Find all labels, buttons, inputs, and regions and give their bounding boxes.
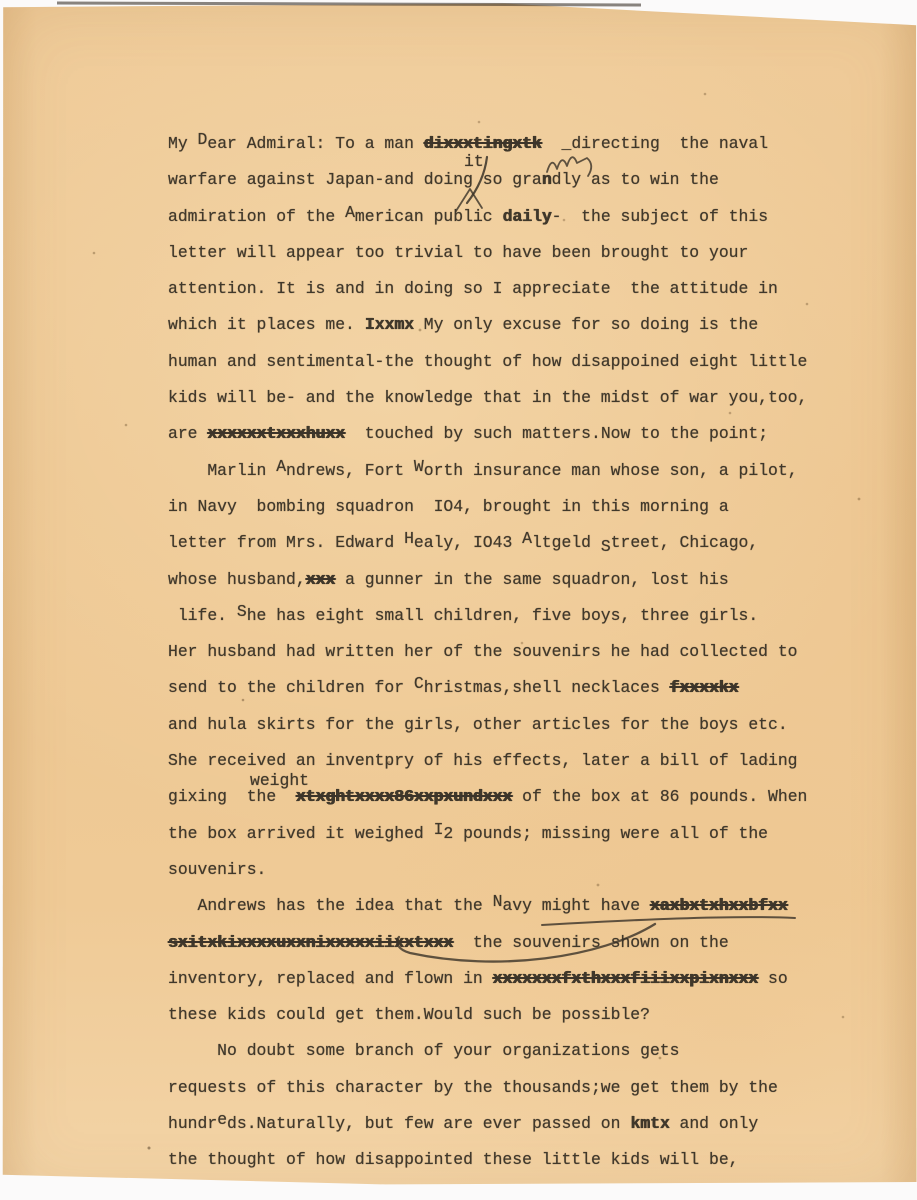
paper-speckles [0,0,2,2]
letter-line: and hula skirts for the girls, other art… [168,707,868,743]
letter-line: warfare against Japan-and doing so grand… [168,162,868,198]
letter-line: in Navy bombing squadron IO4, brought in… [168,489,868,525]
letter-line: souvenirs. [168,852,868,888]
letter-line: Her husband had written her of the souve… [168,634,868,670]
letter-line: requests of this character by the thousa… [168,1070,868,1106]
letter-line: Andrews has the idea that the Navy might… [168,888,868,924]
letter-line: whose husband,xxx a gunner in the same s… [168,562,868,598]
letter-line: life. She has eight small children, five… [168,598,868,634]
letter-line: send to the children for Christmas,shell… [168,670,868,706]
letter-line: No doubt some branch of your organizatio… [168,1033,868,1069]
letter-line: the thought of how disappointed these li… [168,1142,868,1178]
letter-line: Marlin Andrews, Fort Worth insurance man… [168,453,868,489]
letter-line: the box arrived it weighed I2 pounds; mi… [168,816,868,852]
letter-line: these kids could get them.Would such be … [168,997,868,1033]
letter-line: kids will be- and the knowledge that in … [168,380,868,416]
typed-insertion-it: it [464,152,484,171]
letter-line: sxitxkixxxxuxxnixxxxxiixxtxxx the souven… [168,925,868,961]
letter-line: letter will appear too trivial to have b… [168,235,868,271]
letter-line: hundreds.Naturally, but few are ever pas… [168,1106,868,1142]
scanned-letter-page: My Dear Admiral: To a man dixxxtingxtk _… [0,0,917,1200]
letter-line: attention. It is and in doing so I appre… [168,271,868,307]
letter-line: admiration of the American public daily-… [168,199,868,235]
letter-line: My Dear Admiral: To a man dixxxtingxtk _… [168,126,868,162]
letter-text: My Dear Admiral: To a man dixxxtingxtk _… [168,126,868,1179]
typed-insertion-weight: weight [250,771,309,790]
letter-line: which it places me. Ixxmx My only excuse… [168,307,868,343]
letter-line: human and sentimental-the thought of how… [168,344,868,380]
letter-line: letter from Mrs. Edward Healy, IO43 Altg… [168,525,868,561]
scanner-edge-shadow [57,3,641,5]
letter-line: are xxxxxxtxxxhuxx touched by such matte… [168,416,868,452]
letter-line: inventory, replaced and flown in xxxxxxx… [168,961,868,997]
